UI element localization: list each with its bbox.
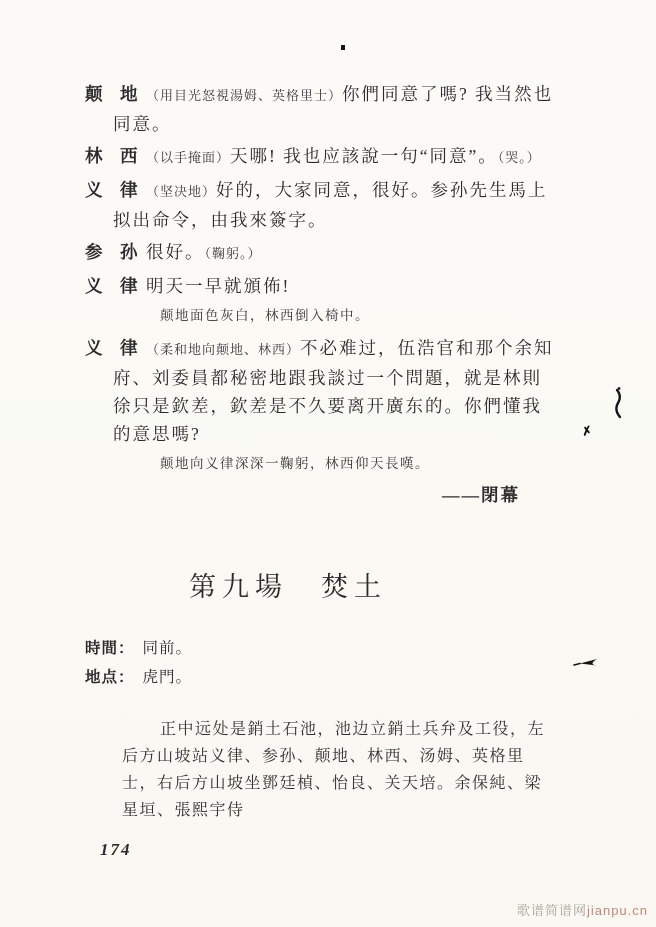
dialogue-line: 义 律 （柔和地向颠地、林西）不必难过，伍浩官和那个余知府、刘委員都秘密地跟我談…	[113, 334, 556, 448]
dialogue-line: 义 律 （坚决地）好的，大家同意，很好。参孙先生馬上拟出命令，由我來簽字。	[113, 176, 556, 234]
dialogue-section: 颠 地 （用目光怒視湯姆、英格里士）你們同意了嗎? 我当然也同意。 林 西 （以…	[60, 80, 556, 507]
page-number: 174	[100, 840, 556, 860]
speech-text: （以手掩面）天哪! 我也应該說一句“同意”。（哭。）	[113, 142, 556, 172]
scene-section: 第九場 焚土 時間：同前。 地点：虎門。 正中远处是銷土石池，池边立銷土兵弁及工…	[60, 565, 556, 824]
inline-stage-note: （鞠躬。）	[205, 246, 262, 261]
inline-stage-note: （以手掩面）	[146, 150, 230, 165]
speaker-name: 颠 地	[85, 80, 138, 108]
place-value: 虎門。	[143, 669, 193, 686]
speech-text: （坚决地）好的，大家同意，很好。参孙先生馬上拟出命令，由我來簽字。	[113, 176, 556, 234]
speech-text: 明天一早就頒佈!	[113, 272, 556, 300]
speech-segment: 很好。	[146, 242, 205, 262]
scene-place: 地点：虎門。	[85, 663, 556, 692]
speech-text: （用目光怒視湯姆、英格里士）你們同意了嗎? 我当然也同意。	[113, 80, 556, 138]
stage-direction: 颠地面色灰白，林西倒入椅中。	[160, 304, 556, 328]
speaker-name: 林 西	[85, 142, 138, 170]
speech-text: （柔和地向颠地、林西）不必难过，伍浩官和那个余知府、刘委員都秘密地跟我談过一个問…	[113, 334, 556, 448]
inline-stage-note: （柔和地向颠地、林西）	[146, 342, 300, 357]
scanned-page: 颠 地 （用目光怒視湯姆、英格里士）你們同意了嗎? 我当然也同意。 林 西 （以…	[0, 0, 656, 927]
watermark-site-name: 歌谱简谱网	[517, 903, 587, 918]
dialogue-line: 林 西 （以手掩面）天哪! 我也应該說一句“同意”。（哭。）	[113, 142, 556, 172]
page-content: 颠 地 （用目光怒視湯姆、英格里士）你們同意了嗎? 我当然也同意。 林 西 （以…	[0, 0, 656, 860]
dialogue-line: 参 孙 很好。（鞠躬。）	[113, 238, 556, 268]
speech-segment: 明天一早就頒佈!	[146, 276, 290, 296]
scene-time: 時間：同前。	[85, 634, 556, 663]
scene-title: 第九場 焚土	[60, 565, 516, 604]
inline-stage-note: （哭。）	[498, 150, 541, 165]
watermark: 歌谱简谱网jianpu.cn	[517, 900, 648, 919]
curtain-note: ——閉幕	[60, 482, 520, 507]
speaker-name: 义 律	[85, 176, 138, 204]
speaker-name: 参 孙	[85, 238, 138, 266]
inline-stage-note: （坚决地）	[146, 184, 216, 199]
speech-segment: 天哪! 我也应該說一句“同意”。	[230, 146, 498, 166]
time-label: 時間：	[85, 640, 135, 657]
stage-direction: 颠地向义律深深一鞠躬，林西仰天長嘆。	[160, 452, 556, 476]
speech-text: 很好。（鞠躬。）	[113, 238, 556, 268]
speaker-name: 义 律	[85, 272, 138, 300]
dialogue-line: 颠 地 （用目光怒視湯姆、英格里士）你們同意了嗎? 我当然也同意。	[113, 80, 556, 138]
inline-stage-note: （用目光怒視湯姆、英格里士）	[146, 88, 342, 103]
scene-setting-description: 正中远处是銷土石池，池边立銷土兵弁及工役，左后方山坡站义律、参孙、颠地、林西、汤…	[122, 716, 556, 824]
place-label: 地点：	[85, 669, 135, 686]
time-value: 同前。	[143, 640, 193, 657]
dialogue-line: 义 律 明天一早就頒佈!	[113, 272, 556, 300]
speaker-name: 义 律	[85, 334, 138, 362]
watermark-site-domain: jianpu.cn	[587, 903, 648, 918]
